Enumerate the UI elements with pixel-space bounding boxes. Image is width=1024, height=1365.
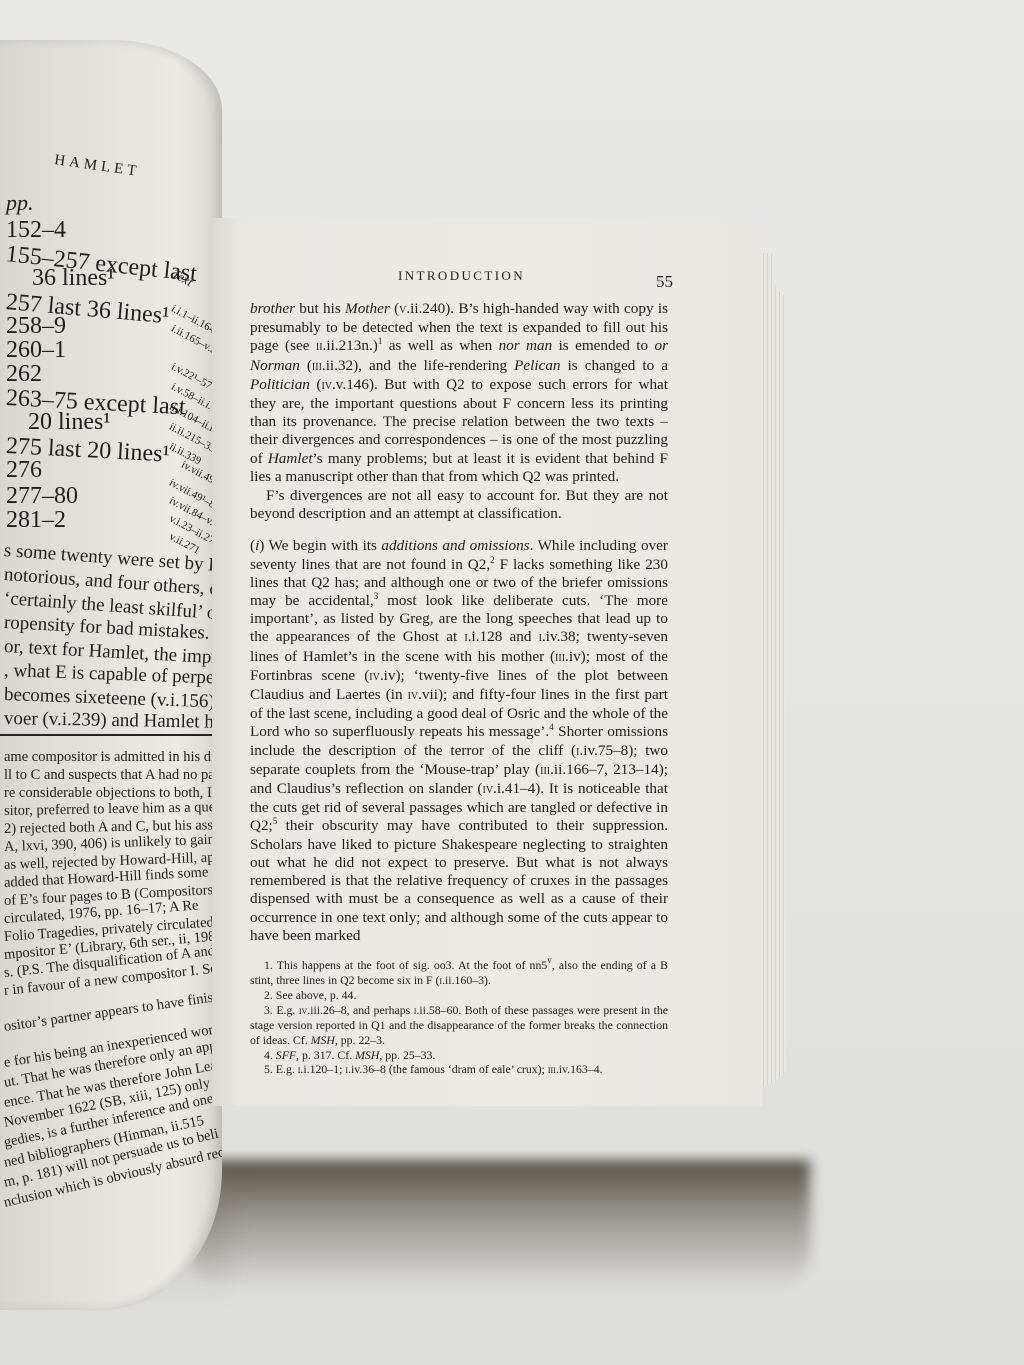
table-row-pages: 258–9 bbox=[6, 314, 66, 338]
table-row-pages: 20 lines¹ bbox=[28, 410, 111, 434]
footnote-rule bbox=[0, 734, 216, 736]
footnote-1: 1. This happens at the foot of sig. oo3.… bbox=[250, 958, 668, 988]
footnote-2: 2. See above, p. 44. bbox=[250, 988, 668, 1003]
table-row-pages: 276 bbox=[6, 458, 42, 482]
footnote-3: 3. E.g. iv.iii.26–8, and perhaps i.ii.58… bbox=[250, 1003, 668, 1048]
table-row-pages: 281–2 bbox=[6, 508, 66, 532]
paragraph: F’s divergences are not all easy to acco… bbox=[250, 487, 668, 523]
table-row-pages: 152–4 bbox=[6, 218, 66, 242]
right-page: INTRODUCTION 55 brother but his Mother (… bbox=[212, 218, 762, 1106]
left-page: HAMLET pp. Text 152–4 155–257 except las… bbox=[0, 40, 222, 1310]
paragraph: brother but his Mother (v.ii.240). B’s h… bbox=[250, 300, 668, 486]
table-row-pages: 262 bbox=[6, 362, 42, 386]
right-page-block: INTRODUCTION 55 brother but his Mother (… bbox=[212, 218, 772, 1106]
page-header: INTRODUCTION 55 bbox=[212, 266, 762, 290]
table-row-pages: 260–1 bbox=[6, 338, 66, 362]
left-footnote-line: ame compositor is admitted in his discus… bbox=[4, 748, 222, 766]
footnote-5: 5. E.g. i.i.120–1; i.iv.36–8 (the famous… bbox=[250, 1062, 668, 1078]
running-head: INTRODUCTION bbox=[398, 268, 525, 284]
footnote-4: 4. SFF, p. 317. Cf. MSH, pp. 25–33. bbox=[250, 1048, 668, 1063]
left-paragraph-line: voer (v.i.239) and Hamlet hurts bbox=[4, 708, 222, 734]
left-running-head: HAMLET bbox=[53, 152, 141, 181]
footnotes: 1. This happens at the foot of sig. oo3.… bbox=[250, 958, 668, 1078]
page-number: 55 bbox=[656, 272, 673, 292]
pages-column-header: pp. bbox=[6, 190, 34, 216]
paragraph-additions-omissions: (i) We begin with its additions and omis… bbox=[250, 537, 668, 944]
page-edges bbox=[760, 218, 786, 1098]
table-row-pages: 36 lines¹ bbox=[32, 266, 115, 290]
book-shadow bbox=[190, 1160, 810, 1290]
table-row-pages: 277–80 bbox=[6, 484, 78, 508]
body-text: brother but his Mother (v.ii.240). B’s h… bbox=[250, 300, 668, 945]
left-footnote-line: ll to C and suspects that A had no part … bbox=[4, 766, 222, 784]
